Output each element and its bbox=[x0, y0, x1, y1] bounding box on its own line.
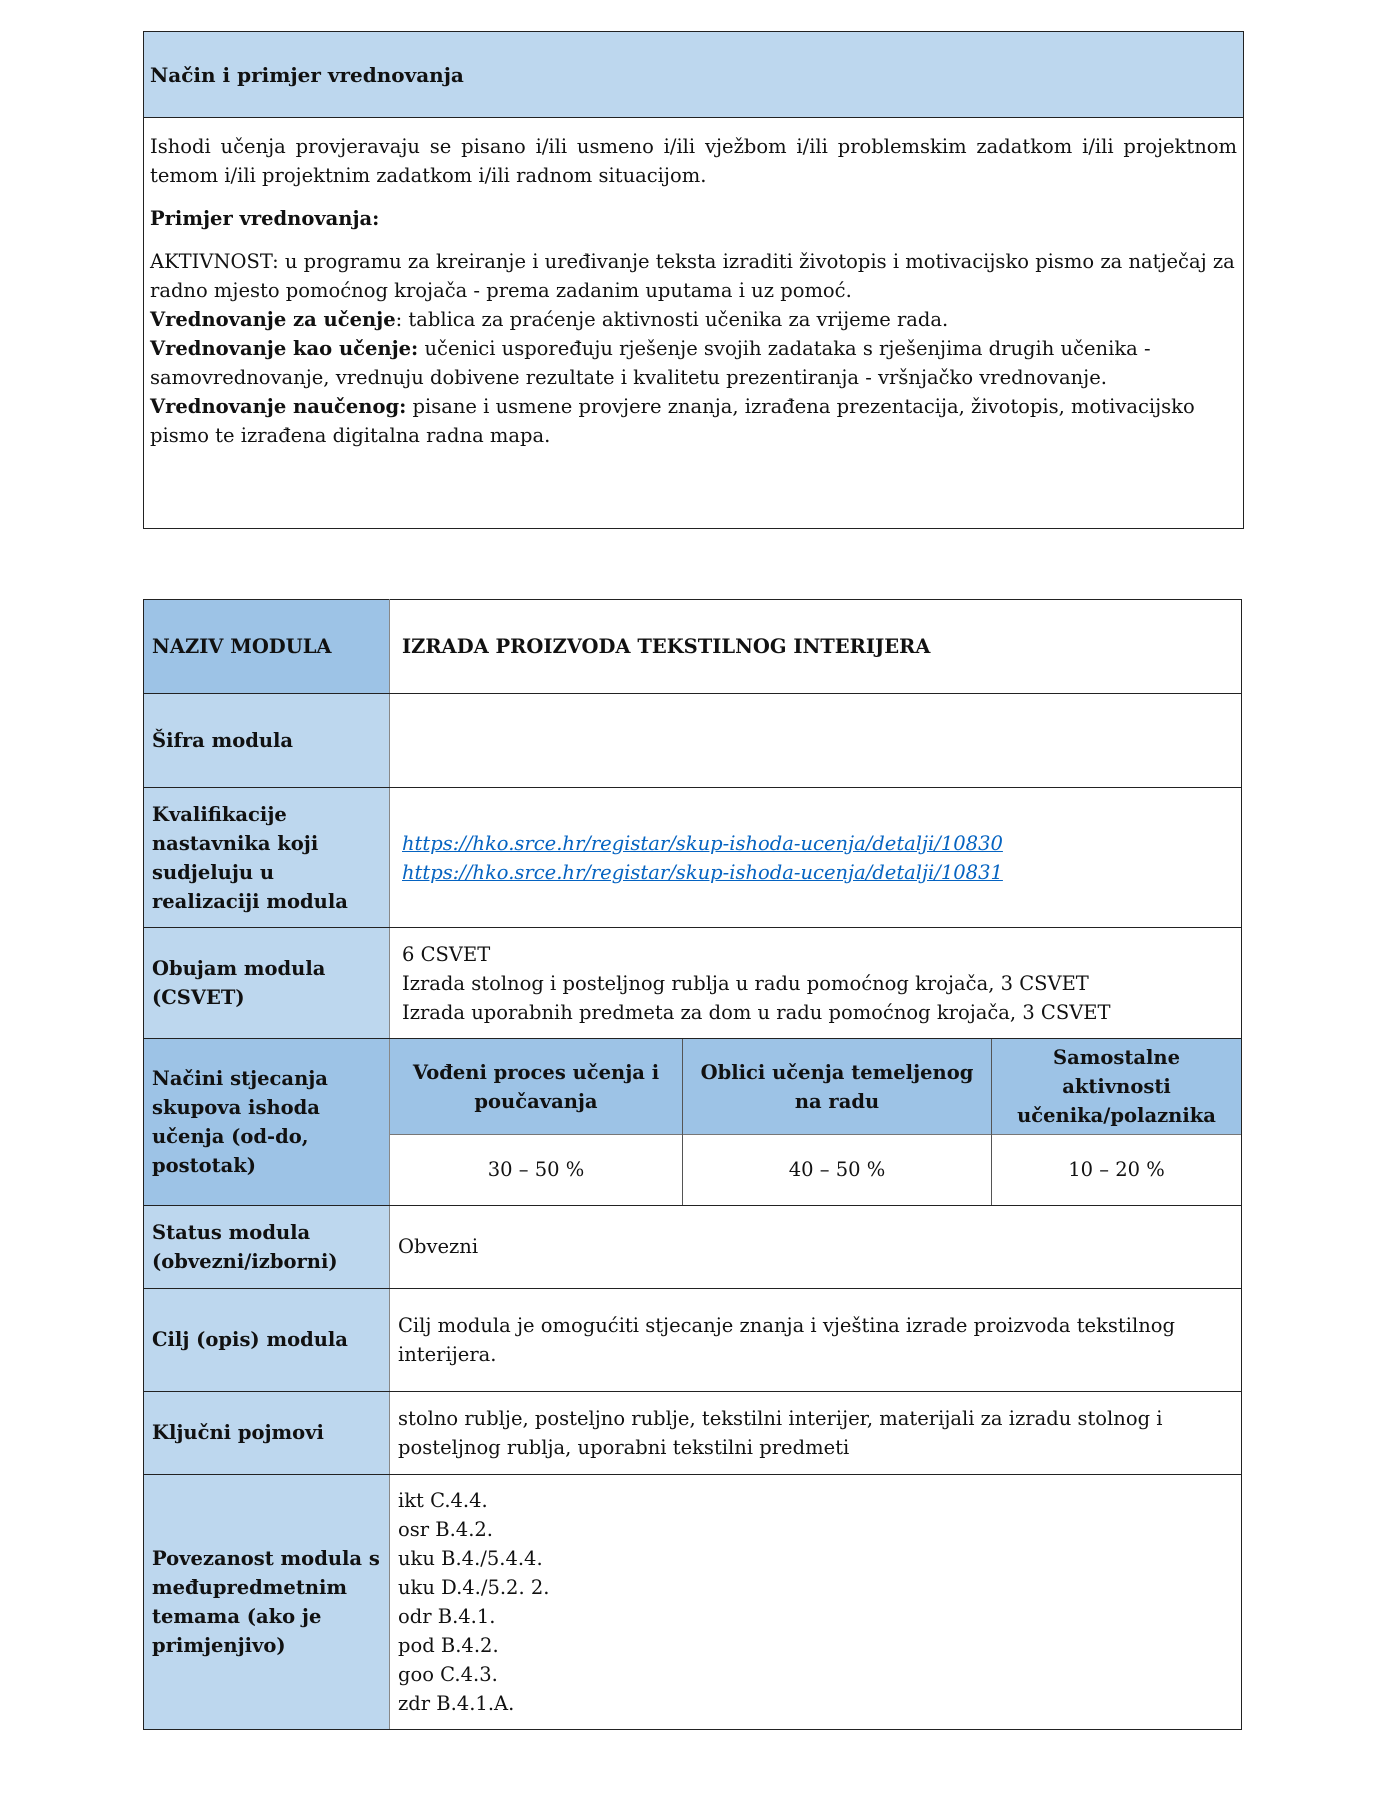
methods-header: Vođeni proces učenja i poučavanja bbox=[390, 1039, 683, 1135]
row-cross-curricular: Povezanost modula s međupredmetnim temam… bbox=[144, 1474, 1242, 1729]
methods-value-cell: 10 – 20 % bbox=[992, 1135, 1242, 1205]
evaluation-box: Način i primjer vrednovanja Ishodi učenj… bbox=[143, 31, 1244, 529]
evaluation-item-text: : tablica za praćenje aktivnosti učenika… bbox=[396, 308, 949, 331]
module-name-label: NAZIV MODULA bbox=[144, 600, 390, 694]
row-methods: Načini stjecanja skupova ishoda učenja (… bbox=[144, 1039, 1242, 1206]
scope-line: 6 CSVET bbox=[402, 940, 1233, 969]
scope-line: Izrada stolnog i posteljnog rublja u rad… bbox=[402, 969, 1233, 998]
evaluation-intro: Ishodi učenja provjeravaju se pisano i/i… bbox=[150, 132, 1237, 190]
methods-header: Samostalne aktivnosti učenika/polaznika bbox=[992, 1039, 1242, 1135]
methods-label: Načini stjecanja skupova ishoda učenja (… bbox=[144, 1039, 390, 1206]
evaluation-body: Ishodi učenja provjeravaju se pisano i/i… bbox=[144, 118, 1243, 528]
cross-curricular-value: ikt C.4.4. osr B.4.2. uku B.4./5.4.4. uk… bbox=[390, 1474, 1242, 1729]
keywords-value: stolno rublje, posteljno rublje, tekstil… bbox=[390, 1391, 1242, 1474]
row-module-code: Šifra modula bbox=[144, 694, 1242, 788]
row-module-name: NAZIV MODULA IZRADA PROIZVODA TEKSTILNOG… bbox=[144, 600, 1242, 694]
module-code-label: Šifra modula bbox=[144, 694, 390, 788]
example-heading: Primjer vrednovanja: bbox=[150, 204, 1237, 233]
qualifications-label: Kvalifikacije nastavnika koji sudjeluju … bbox=[144, 788, 390, 928]
cross-curricular-item: uku B.4./5.4.4. bbox=[398, 1544, 1233, 1573]
module-name-value: IZRADA PROIZVODA TEKSTILNOG INTERIJERA bbox=[390, 600, 1242, 694]
cross-curricular-item: zdr B.4.1.A. bbox=[398, 1689, 1233, 1718]
qualification-link[interactable]: https://hko.srce.hr/registar/skup-ishoda… bbox=[402, 858, 1233, 887]
goal-value: Cilj modula je omogućiti stjecanje znanj… bbox=[390, 1288, 1242, 1391]
cross-curricular-item: odr B.4.1. bbox=[398, 1602, 1233, 1631]
goal-label: Cilj (opis) modula bbox=[144, 1288, 390, 1391]
evaluation-item-label: Vrednovanje kao učenje: bbox=[150, 337, 418, 360]
row-goal: Cilj (opis) modula Cilj modula je omoguć… bbox=[144, 1288, 1242, 1391]
evaluation-item: Vrednovanje kao učenje: učenici uspoređu… bbox=[150, 334, 1237, 392]
qualifications-value: https://hko.srce.hr/registar/skup-ishoda… bbox=[390, 788, 1242, 928]
evaluation-item-label: Vrednovanje za učenje bbox=[150, 308, 396, 331]
methods-header: Oblici učenja temeljenog na radu bbox=[683, 1039, 992, 1135]
row-scope: Obujam modula (CSVET) 6 CSVET Izrada sto… bbox=[144, 928, 1242, 1039]
evaluation-title: Način i primjer vrednovanja bbox=[144, 32, 1243, 118]
activity-text: AKTIVNOST: u programu za kreiranje i ure… bbox=[150, 247, 1237, 305]
cross-curricular-item: goo C.4.3. bbox=[398, 1660, 1233, 1689]
module-table: NAZIV MODULA IZRADA PROIZVODA TEKSTILNOG… bbox=[143, 599, 1242, 1730]
status-label: Status modula (obvezni/izborni) bbox=[144, 1205, 390, 1288]
methods-value-cell: 40 – 50 % bbox=[683, 1135, 992, 1205]
row-status: Status modula (obvezni/izborni) Obvezni bbox=[144, 1205, 1242, 1288]
keywords-label: Ključni pojmovi bbox=[144, 1391, 390, 1474]
cross-curricular-item: pod B.4.2. bbox=[398, 1631, 1233, 1660]
scope-line: Izrada uporabnih predmeta za dom u radu … bbox=[402, 998, 1233, 1027]
qualification-link[interactable]: https://hko.srce.hr/registar/skup-ishoda… bbox=[402, 829, 1233, 858]
scope-value: 6 CSVET Izrada stolnog i posteljnog rubl… bbox=[390, 928, 1242, 1039]
status-value: Obvezni bbox=[390, 1205, 1242, 1288]
evaluation-item: Vrednovanje naučenog: pisane i usmene pr… bbox=[150, 392, 1237, 450]
row-qualifications: Kvalifikacije nastavnika koji sudjeluju … bbox=[144, 788, 1242, 928]
methods-value: Vođeni proces učenja i poučavanja Oblici… bbox=[390, 1039, 1242, 1206]
module-code-value bbox=[390, 694, 1242, 788]
evaluation-item: Vrednovanje za učenje: tablica za praćen… bbox=[150, 305, 1237, 334]
scope-label: Obujam modula (CSVET) bbox=[144, 928, 390, 1039]
cross-curricular-label: Povezanost modula s međupredmetnim temam… bbox=[144, 1474, 390, 1729]
cross-curricular-item: uku D.4./5.2. 2. bbox=[398, 1573, 1233, 1602]
cross-curricular-item: ikt C.4.4. bbox=[398, 1486, 1233, 1515]
methods-value-cell: 30 – 50 % bbox=[390, 1135, 683, 1205]
evaluation-item-label: Vrednovanje naučenog: bbox=[150, 395, 406, 418]
methods-subtable: Vođeni proces učenja i poučavanja Oblici… bbox=[390, 1039, 1241, 1205]
cross-curricular-item: osr B.4.2. bbox=[398, 1515, 1233, 1544]
row-keywords: Ključni pojmovi stolno rublje, posteljno… bbox=[144, 1391, 1242, 1474]
